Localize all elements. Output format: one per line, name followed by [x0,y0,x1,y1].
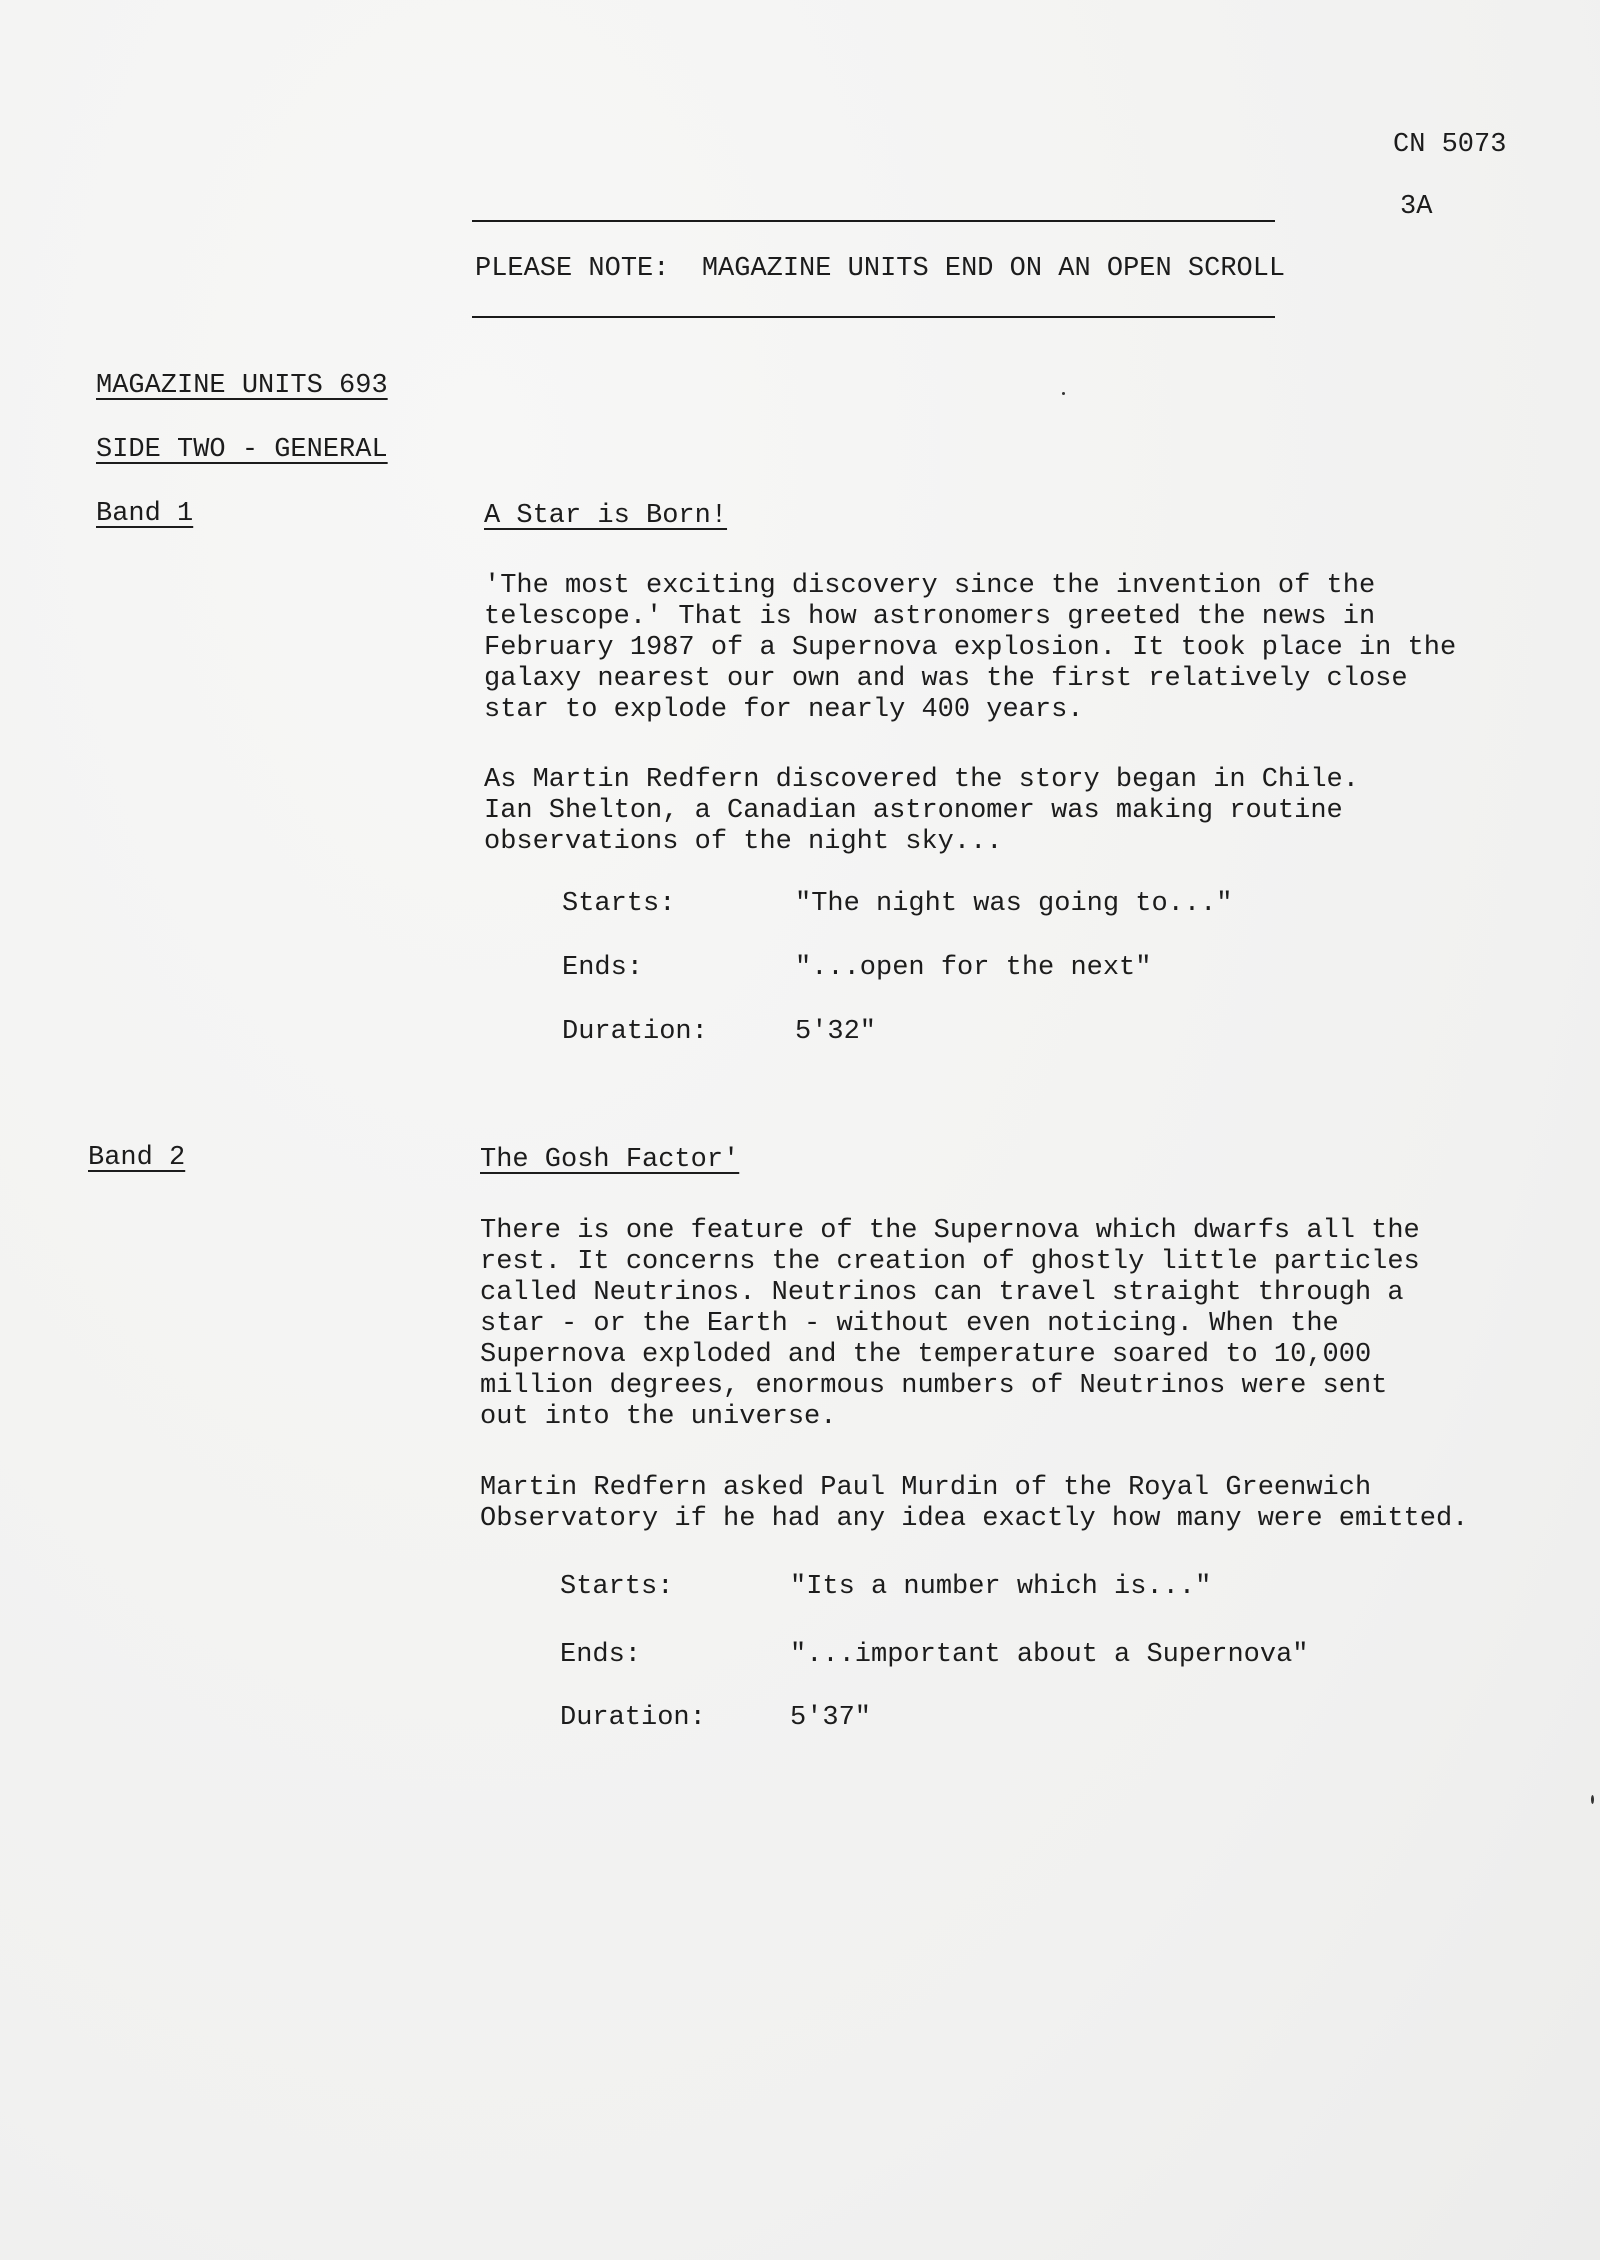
band-1-paragraph-2: As Martin Redfern discovered the story b… [484,765,1504,858]
band-1-label: Band 1 [96,499,193,530]
band-2-title: The Gosh Factor' [480,1145,739,1176]
band-1-paragraph-1: 'The most exciting discovery since the i… [484,571,1504,726]
catalogue-number: CN 5073 [1393,130,1506,161]
band-2-paragraph-1: There is one feature of the Supernova wh… [480,1216,1500,1433]
band-2-ends-cue: "...important about a Supernova" [790,1640,1308,1671]
document-page: CN 5073 3A PLEASE NOTE: MAGAZINE UNITS E… [0,0,1600,2260]
band-2-duration: 5'37" [790,1703,871,1734]
band-1-ends-label: Ends: [562,953,643,984]
band-1-title: A Star is Born! [484,501,727,532]
band-2-ends-label: Ends: [560,1640,641,1671]
notice-text: PLEASE NOTE: MAGAZINE UNITS END ON AN OP… [475,254,1285,285]
paper-speck [1591,1795,1594,1804]
band-2-paragraph-2: Martin Redfern asked Paul Murdin of the … [480,1473,1500,1535]
band-1-duration-label: Duration: [562,1017,708,1048]
notice-rule-bottom [472,316,1275,318]
section-subtitle: SIDE TWO - GENERAL [96,435,388,466]
section-title: MAGAZINE UNITS 693 [96,371,388,402]
band-1-starts-cue: "The night was going to..." [795,889,1232,920]
band-2-label: Band 2 [88,1143,185,1174]
notice-rule-top [472,220,1275,222]
band-1-ends-cue: "...open for the next" [795,953,1151,984]
band-1-duration: 5'32" [795,1017,876,1048]
band-2-duration-label: Duration: [560,1703,706,1734]
page-reference: 3A [1400,192,1432,223]
band-2-starts-cue: "Its a number which is..." [790,1572,1211,1603]
band-2-starts-label: Starts: [560,1572,673,1603]
band-1-starts-label: Starts: [562,889,675,920]
paper-speck [1062,392,1065,395]
